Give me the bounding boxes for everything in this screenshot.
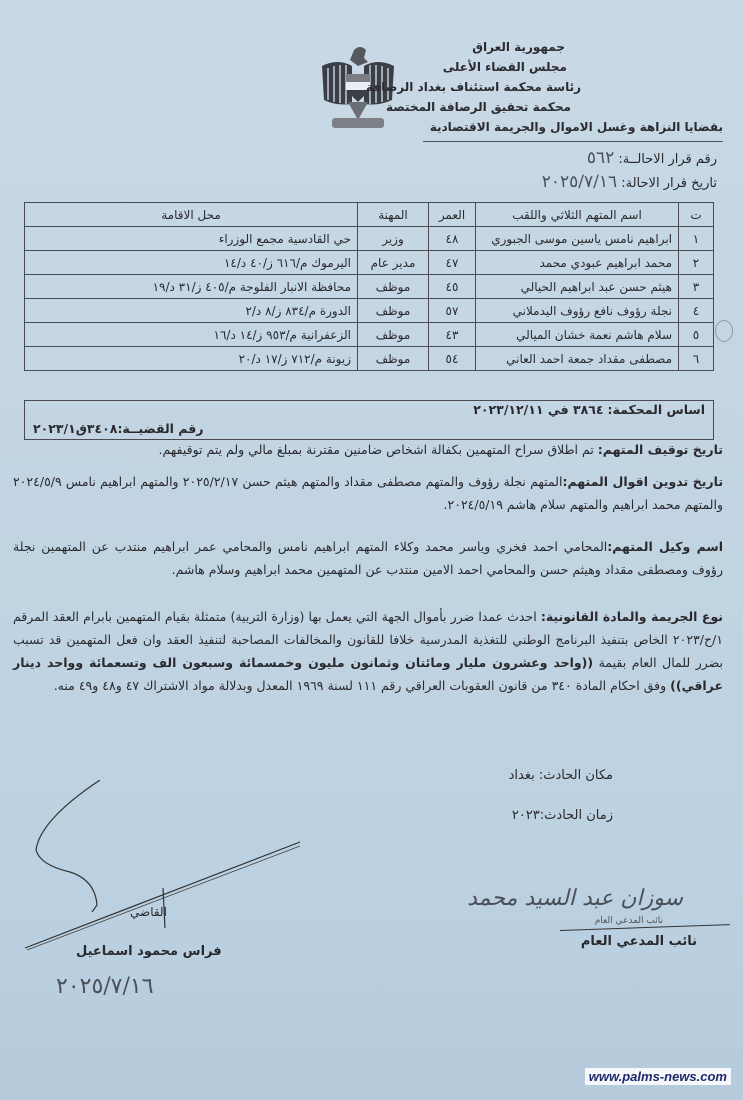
cell-age: ٤٣ — [429, 323, 476, 347]
referral-date-label: تاريخ قرار الاحالة: — [621, 176, 717, 191]
header-specialty: بقضايا النزاهة وغسل الاموال والجريمة الا… — [430, 120, 723, 134]
cell-index: ٦ — [679, 347, 714, 371]
cell-job: وزير — [358, 227, 429, 251]
table-row: ٣ هيثم حسن عبد ابراهيم الحيالي ٤٥ موظف م… — [25, 275, 714, 299]
cell-job: موظف — [358, 323, 429, 347]
referral-date-value: ٢٠٢٥/٧/١٦ — [542, 172, 617, 192]
cell-job: موظف — [358, 275, 429, 299]
crime-section: نوع الجريمة والمادة القانونية: احدث عمدا… — [13, 605, 723, 697]
accused-table: ت اسم المتهم الثلاثي واللقب العمر المهنة… — [24, 202, 714, 371]
cell-address: الزعفرانية م/٩٥٣ ز/١٤ د/١٦ — [25, 323, 358, 347]
referral-number: رقم قرار الاحالــة: ٥٦٢ — [587, 148, 717, 168]
arrest-section: تاريخ توقيف المتهم: تم اطلاق سراح المتهم… — [13, 438, 723, 461]
incident-place: مكان الحادث: بغداد — [509, 768, 613, 783]
statements-label: تاريخ تدوين اقوال المتهم: — [562, 474, 723, 489]
punch-hole-mark — [715, 320, 733, 342]
lawyers-section: اسم وكيل المتهم:المحامي احمد فخري وياسر … — [13, 535, 723, 581]
prosecutor-stamp: نائب المدعي العام — [595, 916, 663, 926]
incident-time-label: زمان الحادث: — [540, 808, 613, 823]
cell-index: ٤ — [679, 299, 714, 323]
header-appeal-court: رئاسة محكمة استئناف بغداد الرصافة — [366, 80, 581, 94]
cell-name: ابراهيم نامس ياسين موسى الجبوري — [476, 227, 679, 251]
cell-address: محافظة الانبار الفلوجة م/٤٠٥ ز/٣١ د/١٩ — [25, 275, 358, 299]
col-age: العمر — [429, 203, 476, 227]
court-basis-row: اساس المحكمة: ٣٨٦٤ في ٢٠٢٣/١٢/١١ — [24, 400, 714, 420]
cell-name: مصطفى مقداد جمعة احمد العاني — [476, 347, 679, 371]
case-number: رقم القضيــة:٣٤٠٨ق٢٠٢٣/١ — [33, 421, 204, 436]
header-divider — [423, 141, 723, 142]
cell-name: نجلة رؤوف نافع رؤوف اليدملاني — [476, 299, 679, 323]
table-row: ٦ مصطفى مقداد جمعة احمد العاني ٥٤ موظف ز… — [25, 347, 714, 371]
cell-name: محمد ابراهيم عبودي محمد — [476, 251, 679, 275]
col-name: اسم المتهم الثلاثي واللقب — [476, 203, 679, 227]
arrest-text: تم اطلاق سراح المتهمين بكفالة اشخاص ضامن… — [158, 442, 597, 457]
cell-index: ١ — [679, 227, 714, 251]
table-row: ٤ نجلة رؤوف نافع رؤوف اليدملاني ٥٧ موظف … — [25, 299, 714, 323]
case-number-row: رقم القضيــة:٣٤٠٨ق٢٠٢٣/١ — [24, 420, 714, 440]
incident-time: زمان الحادث:٢٠٢٣ — [512, 808, 613, 823]
court-referral-document: جمهورية العراق مجلس القضاء الأعلى رئاسة … — [0, 0, 743, 1100]
case-number-value: ٣٤٠٨ق٢٠٢٣/١ — [33, 421, 117, 436]
prosecutor-signature: سوزان عبد السيد محمد — [467, 886, 683, 911]
cell-age: ٤٨ — [429, 227, 476, 251]
arrest-label: تاريخ توقيف المتهم: — [598, 442, 723, 457]
cell-job: موظف — [358, 347, 429, 371]
judge-name: فراس محمود اسماعيل — [76, 944, 222, 959]
referral-date: تاريخ قرار الاحالة: ٢٠٢٥/٧/١٦ — [542, 172, 717, 192]
table-row: ١ ابراهيم نامس ياسين موسى الجبوري ٤٨ وزي… — [25, 227, 714, 251]
table-row: ٥ سلام هاشم نعمة خشان الميالي ٤٣ موظف ال… — [25, 323, 714, 347]
cell-name: هيثم حسن عبد ابراهيم الحيالي — [476, 275, 679, 299]
cell-address: اليرموك م/٦١٦ ز/٤٠ د/١٤ — [25, 251, 358, 275]
court-basis-label: اساس المحكمة: — [608, 402, 705, 417]
statements-section: تاريخ تدوين اقوال المتهم:المتهم نجلة رؤو… — [13, 470, 723, 516]
incident-place-value: بغداد — [509, 768, 539, 783]
cell-index: ٢ — [679, 251, 714, 275]
col-index: ت — [679, 203, 714, 227]
cell-age: ٤٥ — [429, 275, 476, 299]
cell-age: ٤٧ — [429, 251, 476, 275]
prosecutor-title: نائب المدعي العام — [581, 934, 697, 949]
header-council: مجلس القضاء الأعلى — [443, 60, 567, 74]
cell-age: ٥٧ — [429, 299, 476, 323]
court-basis-value: ٣٨٦٤ في ٢٠٢٣/١٢/١١ — [473, 402, 603, 417]
lawyers-label: اسم وكيل المتهم: — [607, 539, 723, 554]
col-address: محل الاقامة — [25, 203, 358, 227]
cell-address: حي القادسية مجمع الوزراء — [25, 227, 358, 251]
cell-address: الدورة م/٨٣٤ ز/٨ د/٢ — [25, 299, 358, 323]
cell-address: زيونة م/٧١٢ ز/١٧ د/٢٠ — [25, 347, 358, 371]
header-investigation-court: محكمة تحقيق الرصافة المختصة — [386, 100, 571, 114]
table-header-row: ت اسم المتهم الثلاثي واللقب العمر المهنة… — [25, 203, 714, 227]
cell-job: موظف — [358, 299, 429, 323]
cell-name: سلام هاشم نعمة خشان الميالي — [476, 323, 679, 347]
header-country: جمهورية العراق — [472, 40, 565, 54]
referral-number-value: ٥٦٢ — [587, 148, 614, 168]
referral-number-label: رقم قرار الاحالــة: — [618, 152, 717, 167]
col-job: المهنة — [358, 203, 429, 227]
cell-index: ٣ — [679, 275, 714, 299]
cell-index: ٥ — [679, 323, 714, 347]
crime-text-2: وفق احكام المادة ٣٤٠ من قانون العقوبات ا… — [54, 678, 670, 693]
table-row: ٢ محمد ابراهيم عبودي محمد ٤٧ مدير عام ال… — [25, 251, 714, 275]
incident-time-value: ٢٠٢٣ — [512, 808, 540, 823]
judge-title: القاضي — [130, 905, 167, 919]
judge-title-text: القاضي — [130, 905, 167, 919]
crime-label: نوع الجريمة والمادة القانونية: — [541, 609, 723, 624]
judge-date: ٢٠٢٥/٧/١٦ — [56, 974, 154, 999]
watermark: www.palms-news.com — [585, 1068, 731, 1085]
case-number-label: رقم القضيــة: — [117, 421, 203, 436]
cell-job: مدير عام — [358, 251, 429, 275]
cell-age: ٥٤ — [429, 347, 476, 371]
incident-place-label: مكان الحادث: — [539, 768, 613, 783]
